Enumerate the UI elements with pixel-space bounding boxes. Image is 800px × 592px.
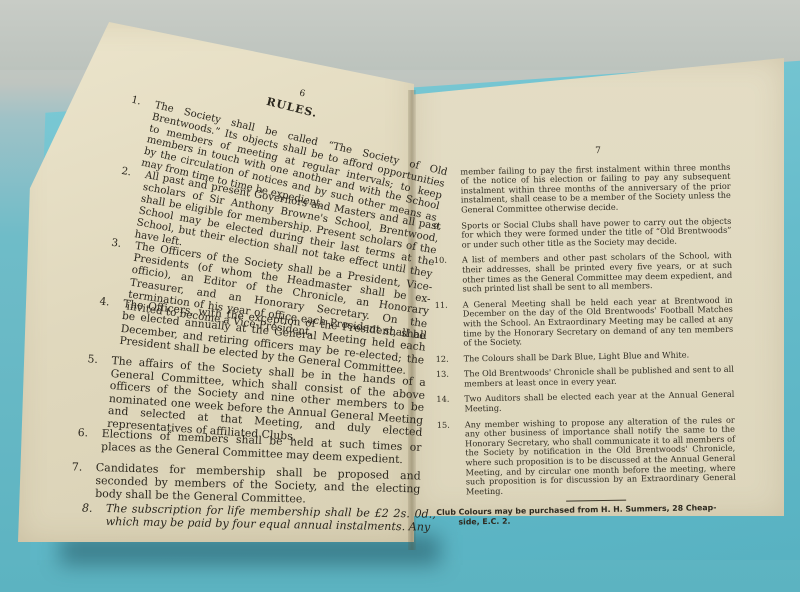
rule-number: 11. [435, 300, 448, 310]
rule-item: 11.A General Meeting shall be held each … [433, 295, 734, 348]
rule-number: 6. [77, 427, 88, 440]
rule-item: 9.Sports or Social Clubs shall have powe… [431, 216, 731, 250]
rule-number: 3. [111, 237, 123, 250]
rule-number: 8. [82, 502, 93, 515]
rule-number: 4. [99, 295, 110, 308]
rule-number: 12. [436, 354, 449, 364]
rule-number: 9. [433, 221, 441, 231]
rule-number: 5. [87, 353, 98, 366]
rule-text: The Old Brentwoods' Chronicle shall be p… [464, 365, 734, 389]
rule-text: A list of members and other past scholar… [462, 251, 733, 294]
rule-item: 14.Two Auditors shall be elected each ye… [434, 390, 734, 414]
rule-text: A General Meeting shall be held each yea… [463, 295, 734, 348]
right-page-text: 7 member failing to pay the first instal… [430, 145, 737, 529]
rule-item: 13.The Old Brentwoods' Chronicle shall b… [434, 365, 734, 389]
rule-text: Two Auditors shall be elected each year … [464, 390, 734, 414]
rule-number: 2. [120, 166, 132, 179]
rule-8-continuation: member failing to pay the first instalme… [430, 162, 731, 215]
rule-text: Any member wishing to propose any altera… [465, 415, 736, 496]
rule-number: 14. [436, 395, 449, 405]
rule-text: The Colours shall be Dark Blue, Light Bl… [464, 349, 734, 363]
rule-item: 15.Any member wishing to propose any alt… [435, 415, 736, 497]
rule-number: 13. [436, 370, 449, 380]
rule-item: 12.The Colours shall be Dark Blue, Light… [434, 349, 734, 364]
rule-number: 7. [72, 461, 83, 474]
divider-line [566, 500, 626, 502]
rule-item: 10.A list of members and other past scho… [432, 251, 733, 295]
right-rules-list: 9.Sports or Social Clubs shall have powe… [431, 216, 736, 497]
rule-number: 10. [434, 256, 447, 266]
rule-text: Sports or Social Clubs shall have power … [461, 216, 731, 249]
rule-number: 15. [437, 420, 450, 430]
